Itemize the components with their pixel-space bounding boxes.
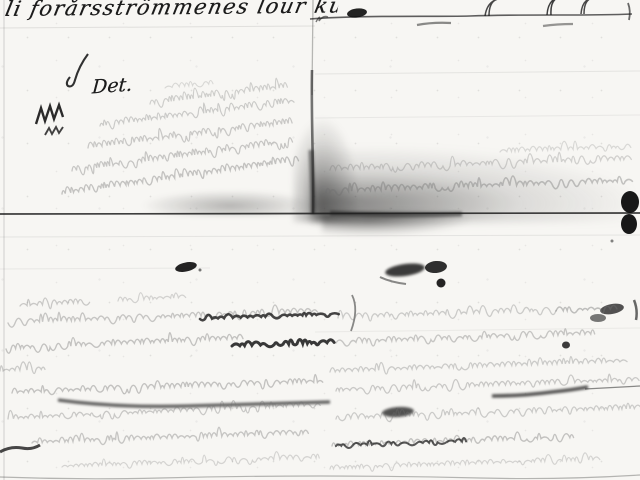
bleedthrough-stroke: [8, 397, 321, 424]
bleedthrough-handwriting: [0, 77, 640, 473]
bleedthrough-stroke: [118, 290, 186, 303]
scan-marks-layer: [0, 0, 640, 480]
center-fold-line: [0, 213, 640, 215]
bleedthrough-stroke: [336, 401, 640, 424]
bleedthrough-stroke: [6, 330, 244, 354]
ruled-crease-lines: [0, 0, 640, 480]
bleedthrough-stroke: [32, 424, 309, 447]
pen-stroke-line-top-right: [310, 0, 632, 26]
ink-blots: [174, 191, 639, 418]
bleedthrough-stroke: [20, 296, 90, 311]
bleedthrough-stroke: [330, 150, 632, 175]
bleedthrough-stroke: [61, 152, 299, 198]
vertical-crease: [311, 0, 313, 214]
dark-smear-strokes: [0, 277, 640, 479]
bleedthrough-stroke: [87, 112, 293, 153]
bleedthrough-stroke: [149, 77, 288, 110]
bleedthrough-stroke: [326, 172, 633, 197]
overwritten-ink-stroke: [232, 338, 334, 348]
ink-scribble: [36, 105, 63, 135]
bleedthrough-stroke: [330, 452, 600, 472]
bleedthrough-stroke: [165, 80, 214, 90]
bleedthrough-stroke: [12, 374, 323, 397]
bleedthrough-stroke: [338, 303, 556, 322]
bleedthrough-stroke: [336, 372, 639, 395]
bleedthrough-stroke: [0, 361, 45, 375]
scanned-letter-page: li forårsströmmenes lour kü Det.: [0, 0, 640, 480]
bleedthrough-stroke: [62, 450, 320, 471]
ink-flourish: [67, 54, 88, 86]
bleedthrough-stroke: [500, 139, 631, 155]
bleedthrough-stroke: [330, 354, 627, 376]
